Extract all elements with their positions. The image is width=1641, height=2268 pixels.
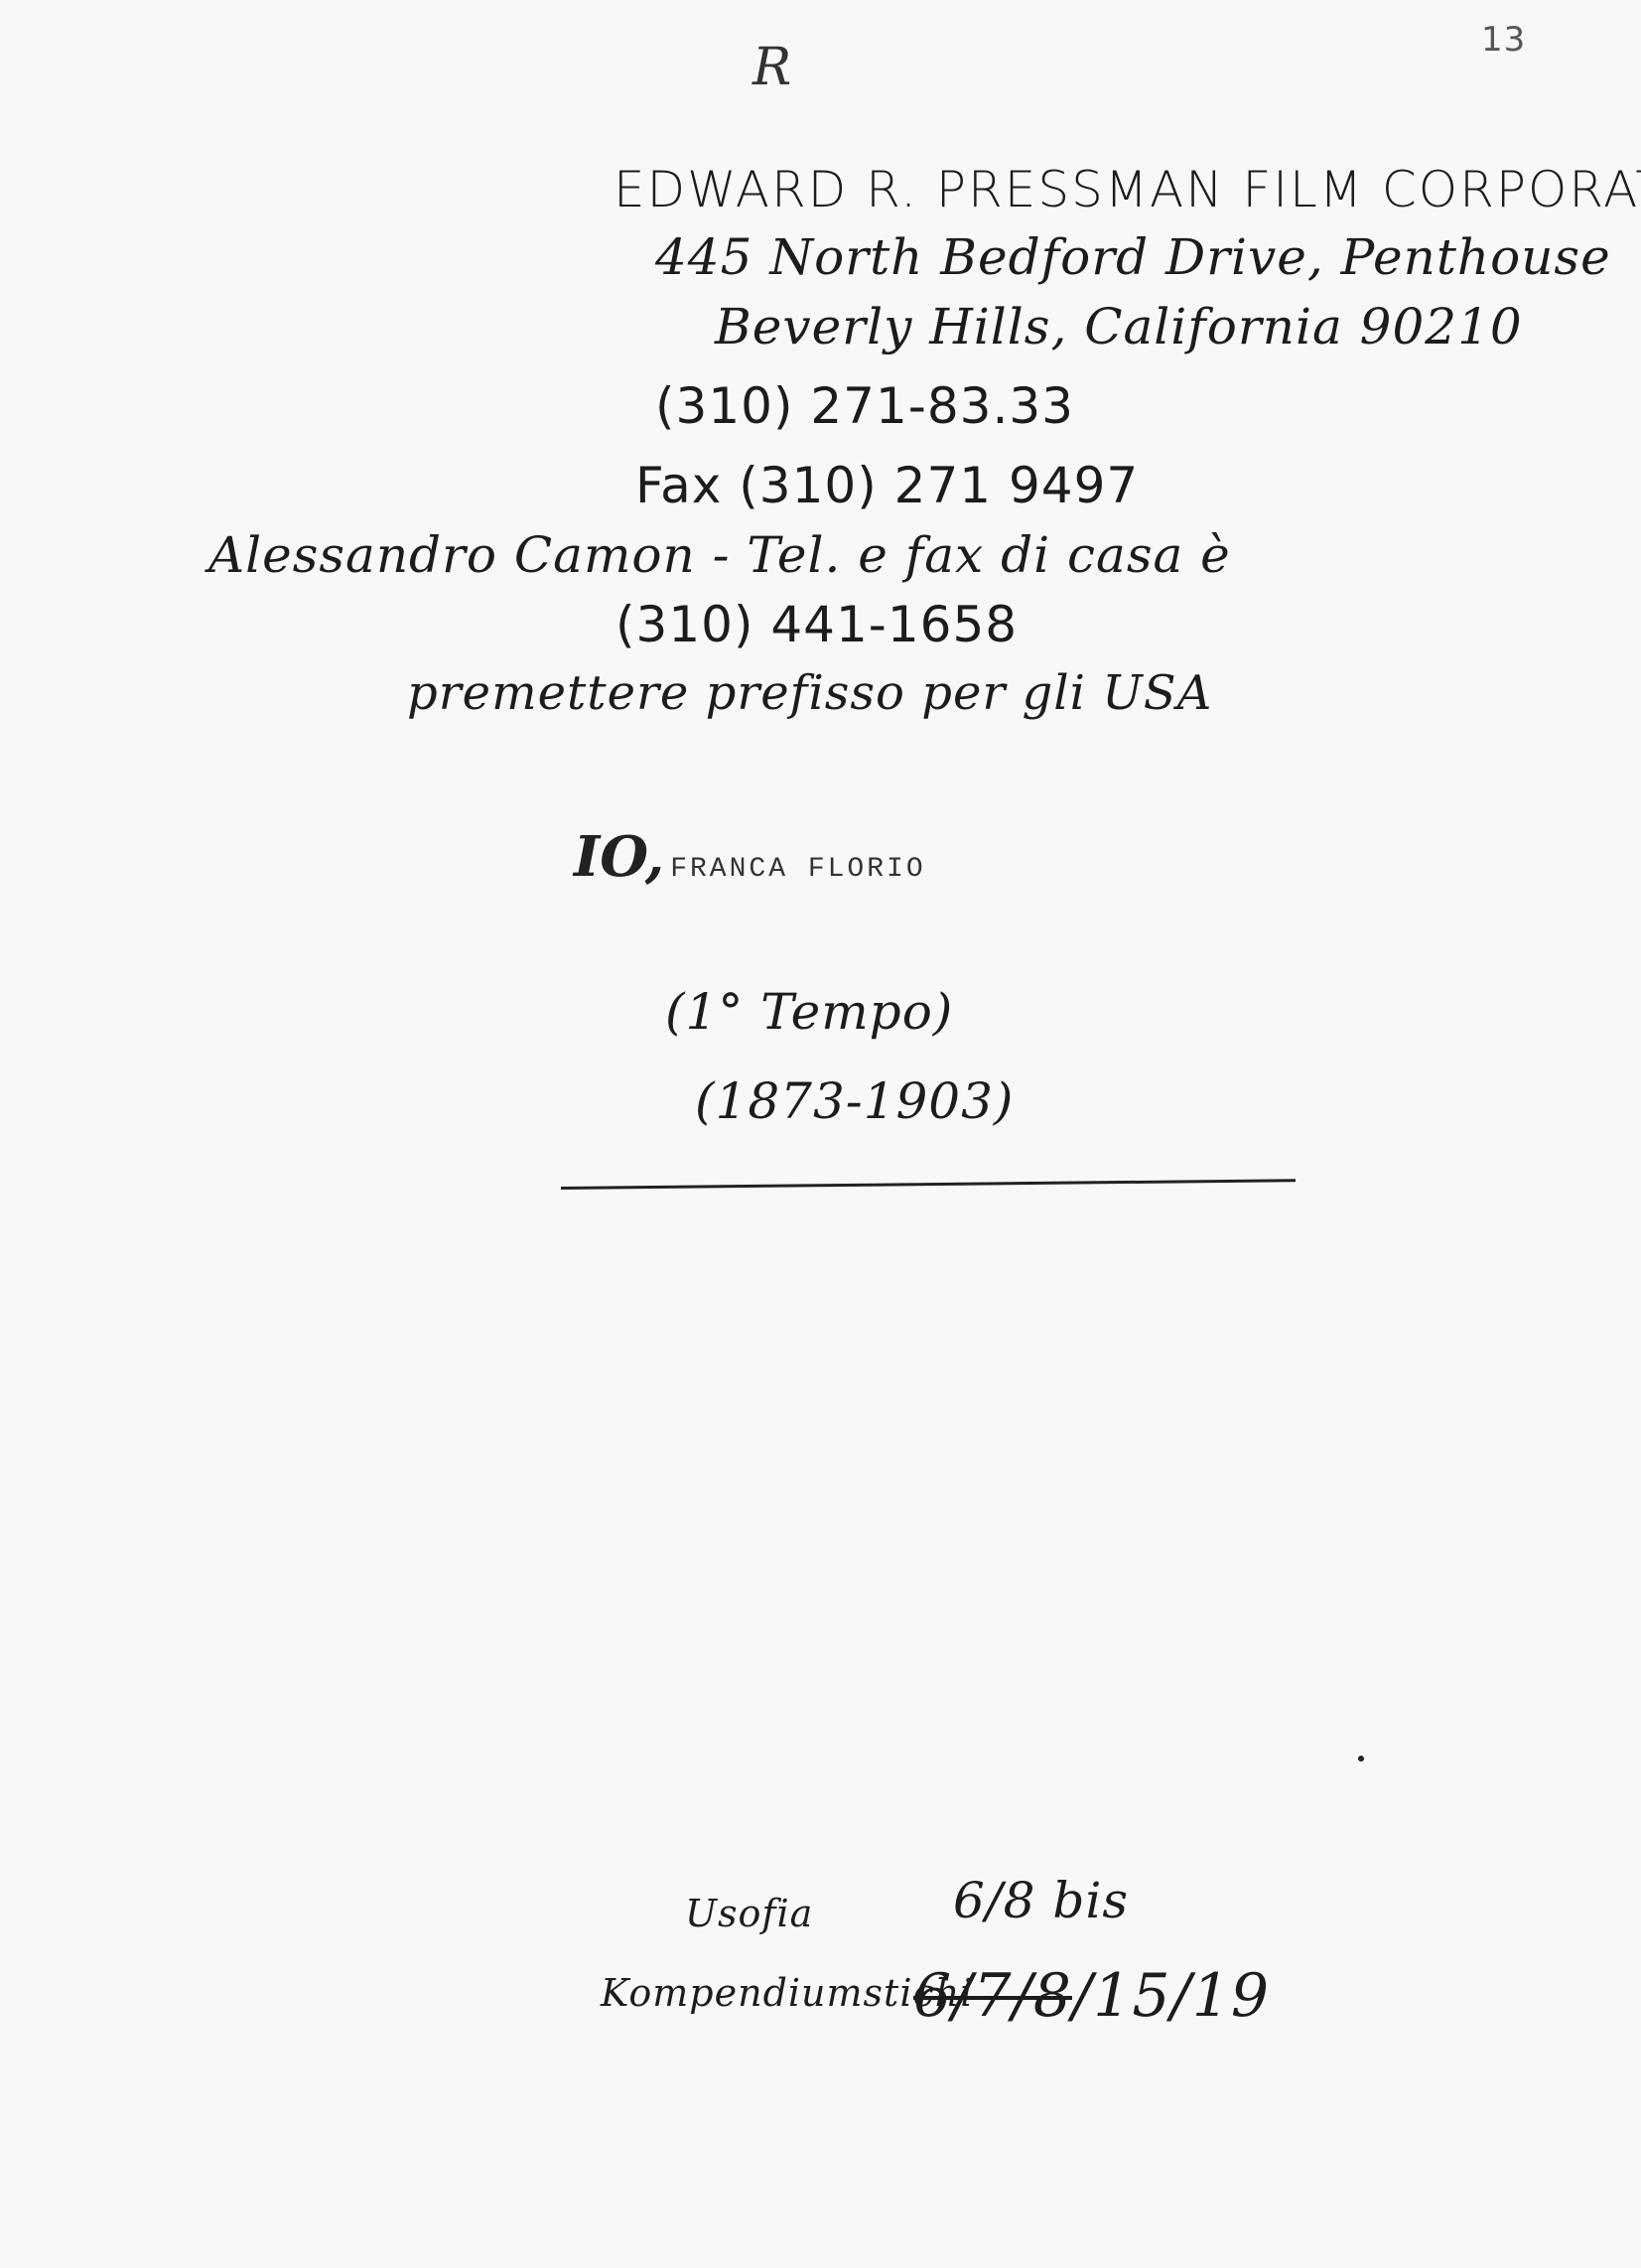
street-address: 445 North Bedford Drive, Penthouse	[655, 228, 1611, 286]
horizontal-rule	[561, 1179, 1296, 1190]
chapter-name: FRANCA FLORIO	[670, 854, 925, 885]
footer-lower-ref: 6/7/8/15/19	[913, 1961, 1270, 2031]
footer-upper-ref: 6/8 bis	[953, 1872, 1129, 1929]
page-number: 13	[1481, 20, 1526, 60]
contact-phone: (310) 441-1658	[615, 596, 1018, 653]
part-label: (1° Tempo)	[665, 983, 953, 1041]
prefix-note: premettere prefisso per gli USA	[407, 665, 1212, 721]
footer-struck-ref: 6/7/8	[913, 1961, 1072, 2031]
chapter-numeral: IO,	[574, 824, 664, 890]
phone-number: (310) 271-83.33	[655, 377, 1074, 435]
date-range: (1873-1903)	[695, 1072, 1014, 1130]
fax-number: Fax (310) 271 9497	[635, 457, 1139, 514]
corner-mark: R	[752, 38, 792, 97]
ink-speck	[1358, 1756, 1364, 1762]
contact-note: Alessandro Camon - Tel. e fax di casa è	[208, 526, 1231, 584]
company-name: EDWARD R. PRESSMAN FILM CORPORATION	[614, 161, 1641, 218]
footer-upper-word: Usofia	[685, 1892, 813, 1935]
document-page: R 13 EDWARD R. PRESSMAN FILM CORPORATION…	[0, 0, 1641, 2268]
footer-ref-tail: /15/19	[1072, 1961, 1270, 2031]
chapter-title: IO, FRANCA FLORIO	[574, 824, 926, 890]
city-address: Beverly Hills, California 90210	[715, 298, 1523, 355]
